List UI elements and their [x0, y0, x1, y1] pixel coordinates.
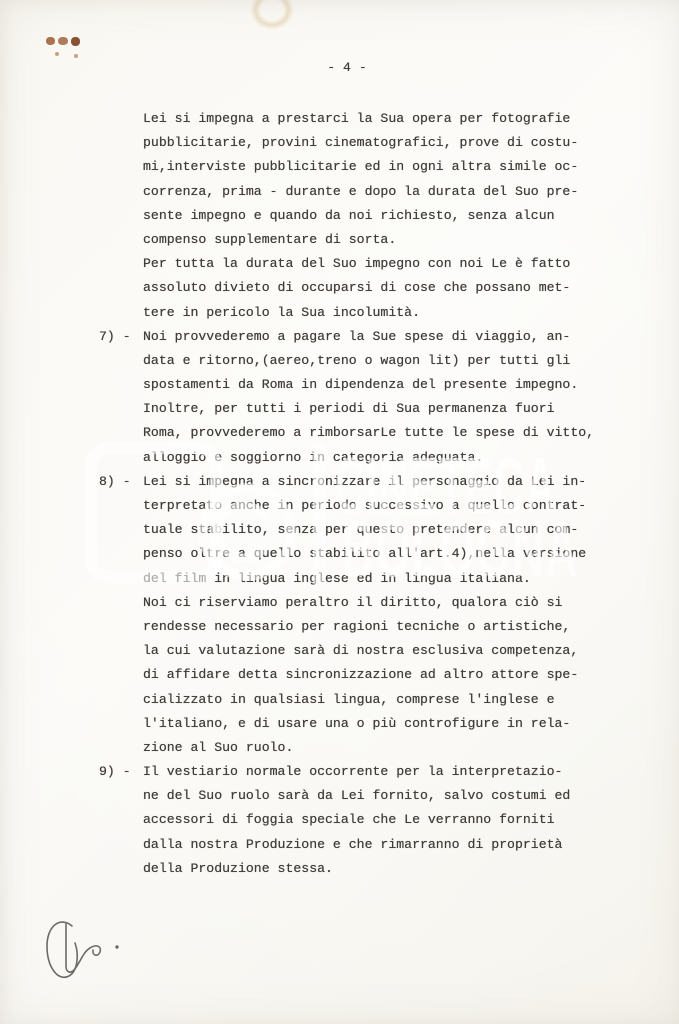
document-line: Inoltre, per tutti i periodi di Sua perm…	[99, 401, 659, 425]
line-text: rendesse necessario per ragioni tecniche…	[143, 619, 570, 643]
document-line: la cui valutazione sarà di nostra esclus…	[99, 643, 659, 667]
document-line: cializzato in qualsiasi lingua, comprese…	[99, 692, 659, 716]
clause-number	[99, 546, 143, 570]
line-text: assoluto divieto di occuparsi di cose ch…	[143, 280, 570, 304]
document-line: pubblicitarie, provini cinematografici, …	[99, 135, 659, 159]
line-text: penso oltre a quello stabilito all'art.4…	[143, 546, 586, 570]
rust-stain	[71, 37, 80, 46]
document-line: tuale stabilito, senza per questo preten…	[99, 522, 659, 546]
clause-number	[99, 619, 143, 643]
line-text: la cui valutazione sarà di nostra esclus…	[143, 643, 578, 667]
clause-number	[99, 837, 143, 861]
clause-number	[99, 667, 143, 691]
clause-number: 9) -	[99, 764, 143, 788]
clause-number	[99, 740, 143, 764]
clause-number	[99, 498, 143, 522]
document-line: 8) - Lei si impegna a sincronizzare il p…	[99, 474, 659, 498]
document-line: Noi ci riserviamo peraltro il diritto, q…	[99, 595, 659, 619]
line-text: pubblicitarie, provini cinematografici, …	[143, 135, 578, 159]
line-text: Noi ci riserviamo peraltro il diritto, q…	[143, 595, 562, 619]
document-line: 9) - Il vestiario normale occorrente per…	[99, 764, 659, 788]
document-line: terpretato anche in periodo successivo a…	[99, 498, 659, 522]
clause-number: 7) -	[99, 329, 143, 353]
clause-number	[99, 450, 143, 474]
handwritten-initials	[38, 910, 138, 995]
document-line: ne del Suo ruolo sarà da Lei fornito, sa…	[99, 788, 659, 812]
rust-speck	[74, 54, 78, 58]
line-text: Noi provvederemo a pagare la Sue spese d…	[143, 329, 570, 353]
document-line: sente impegno e quando da noi richiesto,…	[99, 208, 659, 232]
line-text: di affidare detta sincronizzazione ad al…	[143, 667, 578, 691]
clause-number	[99, 643, 143, 667]
document-line: data e ritorno,(aereo,treno o wagon lit)…	[99, 353, 659, 377]
clause-number	[99, 159, 143, 183]
clause-number	[99, 377, 143, 401]
clause-number	[99, 256, 143, 280]
document-line: zione al Suo ruolo.	[99, 740, 659, 764]
document-line: l'italiano, e di usare una o più controf…	[99, 716, 659, 740]
line-text: mi,interviste pubblicitarie ed in ogni a…	[143, 159, 578, 183]
document-line: rendesse necessario per ragioni tecniche…	[99, 619, 659, 643]
line-text: cializzato in qualsiasi lingua, comprese…	[143, 692, 555, 716]
line-text: accessori di foggia speciale che Le verr…	[143, 812, 555, 836]
rust-speck	[55, 52, 59, 56]
clause-number	[99, 184, 143, 208]
line-text: Roma, provvederemo a rimborsarLe tutte l…	[143, 425, 594, 449]
line-text: correnza, prima - durante e dopo la dura…	[143, 184, 578, 208]
line-text: della Produzione stessa.	[143, 861, 333, 885]
clause-number	[99, 401, 143, 425]
document-line: Roma, provvederemo a rimborsarLe tutte l…	[99, 425, 659, 449]
document-line: spostamenti da Roma in dipendenza del pr…	[99, 377, 659, 401]
document-line: Per tutta la durata del Suo impegno con …	[99, 256, 659, 280]
line-text: Per tutta la durata del Suo impegno con …	[143, 256, 570, 280]
line-text: Inoltre, per tutti i periodi di Sua perm…	[143, 401, 555, 425]
clause-number	[99, 111, 143, 135]
clause-number: 8) -	[99, 474, 143, 498]
clause-number	[99, 812, 143, 836]
clause-number	[99, 788, 143, 812]
page-number: - 4 -	[99, 60, 595, 75]
line-text: Il vestiario normale occorrente per la i…	[143, 764, 562, 788]
document-line: alloggio e soggiorno in categoria adegua…	[99, 450, 659, 474]
clause-number	[99, 595, 143, 619]
clause-number	[99, 305, 143, 329]
line-text: l'italiano, e di usare una o più controf…	[143, 716, 570, 740]
clause-number	[99, 425, 143, 449]
line-text: Lei si impegna a prestarci la Sua opera …	[143, 111, 570, 135]
document-line: Lei si impegna a prestarci la Sua opera …	[99, 111, 659, 135]
clause-number	[99, 692, 143, 716]
clause-number	[99, 353, 143, 377]
rust-stain	[58, 37, 68, 45]
line-text: tere in pericolo la Sua incolumità.	[143, 305, 420, 329]
line-text: zione al Suo ruolo.	[143, 740, 293, 764]
clause-number	[99, 716, 143, 740]
line-text: compenso supplementare di sorta.	[143, 232, 396, 256]
line-text: dalla nostra Produzione e che rimarranno…	[143, 837, 562, 861]
document-line: assoluto divieto di occuparsi di cose ch…	[99, 280, 659, 304]
line-text: sente impegno e quando da noi richiesto,…	[143, 208, 555, 232]
document-line: del film in lingua inglese ed in lingua …	[99, 571, 659, 595]
document-body: Lei si impegna a prestarci la Sua opera …	[99, 111, 659, 885]
rust-stain	[46, 37, 55, 45]
line-text: Lei si impegna a sincronizzare il person…	[143, 474, 586, 498]
document-line: della Produzione stessa.	[99, 861, 659, 885]
line-text: del film in lingua inglese ed in lingua …	[143, 571, 531, 595]
clause-number	[99, 135, 143, 159]
clause-number	[99, 280, 143, 304]
clause-number	[99, 208, 143, 232]
document-line: dalla nostra Produzione e che rimarranno…	[99, 837, 659, 861]
coffee-ring-stain	[250, 0, 294, 30]
line-text: ne del Suo ruolo sarà da Lei fornito, sa…	[143, 788, 570, 812]
line-text: spostamenti da Roma in dipendenza del pr…	[143, 377, 578, 401]
document-line: compenso supplementare di sorta.	[99, 232, 659, 256]
document-line: correnza, prima - durante e dopo la dura…	[99, 184, 659, 208]
document-line: penso oltre a quello stabilito all'art.4…	[99, 546, 659, 570]
clause-number	[99, 861, 143, 885]
line-text: terpretato anche in periodo successivo a…	[143, 498, 586, 522]
line-text: tuale stabilito, senza per questo preten…	[143, 522, 578, 546]
scanned-document-page: - 4 - Lei si impegna a prestarci la Sua …	[0, 0, 679, 1024]
clause-number	[99, 522, 143, 546]
document-line: tere in pericolo la Sua incolumità.	[99, 305, 659, 329]
document-line: 7) - Noi provvederemo a pagare la Sue sp…	[99, 329, 659, 353]
clause-number	[99, 232, 143, 256]
document-line: accessori di foggia speciale che Le verr…	[99, 812, 659, 836]
document-line: mi,interviste pubblicitarie ed in ogni a…	[99, 159, 659, 183]
document-line: di affidare detta sincronizzazione ad al…	[99, 667, 659, 691]
line-text: alloggio e soggiorno in categoria adegua…	[143, 450, 483, 474]
line-text: data e ritorno,(aereo,treno o wagon lit)…	[143, 353, 570, 377]
clause-number	[99, 571, 143, 595]
